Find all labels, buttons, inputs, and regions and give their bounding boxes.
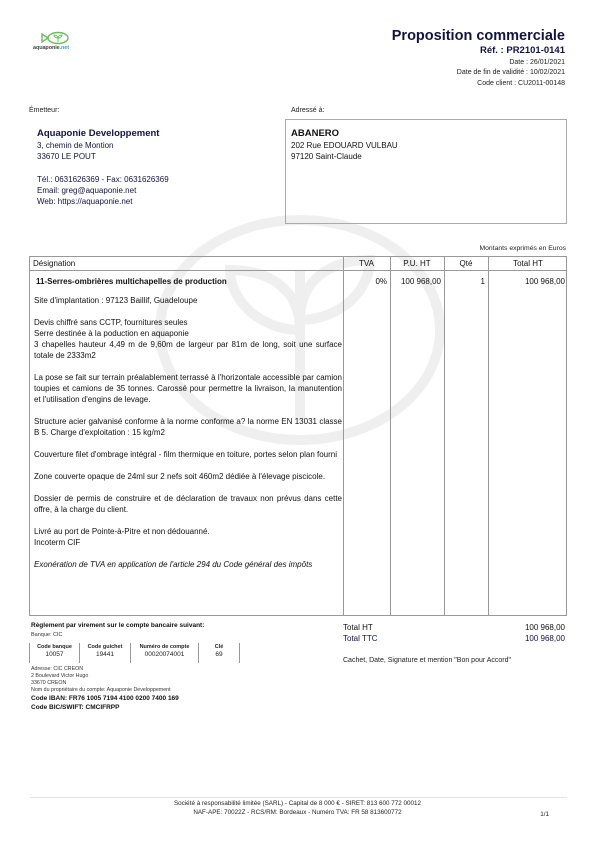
header-unit-price: P.U. HT xyxy=(390,259,444,268)
item-qty: 1 xyxy=(444,277,485,286)
header-qty: Qté xyxy=(444,259,488,268)
signature-note: Cachet, Date, Signature et mention "Bon … xyxy=(343,657,511,664)
recipient-label: Adressé à: xyxy=(291,107,324,114)
item-description-paragraph: Structure acier galvanisé conforme à la … xyxy=(34,416,342,438)
page-number: 1/1 xyxy=(540,811,549,818)
item-description-paragraph: La pose se fait sur terrain préalablemen… xyxy=(34,372,342,405)
account-owner: Nom du propriétaire du compte: Aquaponie… xyxy=(31,687,171,693)
validity-date: Date de fin de validité : 10/02/2021 xyxy=(457,69,565,76)
document-ref: Réf. : PR2101-0141 xyxy=(480,45,565,56)
client-code: Code client : CU2011-00148 xyxy=(477,80,565,87)
item-description-paragraph: Devis chiffré sans CCTP, fournitures seu… xyxy=(34,317,342,361)
bank-address-2: 2 Boulevard Victor Hugo xyxy=(31,673,88,679)
iban: Code IBAN: FR76 1005 7194 4100 0200 7400… xyxy=(31,695,179,702)
bank-address-1: Adresse: CIC CREON xyxy=(31,666,83,672)
branch-code-value: 19441 xyxy=(80,651,130,658)
item-description: Site d'implantation : 97123 Baillif, Gua… xyxy=(34,295,342,570)
item-title: 11-Serres-ombrières multichapelles de pr… xyxy=(36,276,342,287)
bank-address-3: 33670 CREON xyxy=(31,680,66,686)
total-ttc-label: Total TTC xyxy=(343,634,378,643)
payment-title: Règlement par virement sur le compte ban… xyxy=(31,622,204,629)
sender-phone: Tél.: 0631626369 - Fax: 0631626369 xyxy=(37,175,169,184)
item-unit-price: 100 968,00 xyxy=(390,277,441,286)
sender-address-1: 3, chemin de Montion xyxy=(37,141,114,150)
currency-note: Montants exprimés en Euros xyxy=(479,245,566,252)
item-description-paragraph: Exonération de TVA en application de l'a… xyxy=(34,559,342,570)
bic: Code BIC/SWIFT: CMCIFRPP xyxy=(31,704,119,711)
payment-bank: Banque: CIC xyxy=(31,632,63,638)
sender-website[interactable]: Web: https://aquaponie.net xyxy=(37,197,132,206)
fish-icon xyxy=(33,31,77,45)
item-description-paragraph: Dossier de permis de construire et de dé… xyxy=(34,493,342,515)
footer-legal-2: NAF-APE: 70022Z - RCS/RM: Bordeaux - Num… xyxy=(0,809,595,816)
total-ttc-value: 100 968,00 xyxy=(525,634,565,643)
company-logo: aquaponie.net xyxy=(33,31,77,53)
recipient-address-1: 202 Rue EDOUARD VULBAU xyxy=(291,141,398,150)
recipient-address-2: 97120 Saint-Claude xyxy=(291,152,362,161)
sender-address-2: 33670 LE POUT xyxy=(37,152,96,161)
branch-code-label: Code guichet xyxy=(80,644,130,650)
account-number-label: Numéro de compte xyxy=(131,644,198,650)
sender-name: Aquaponie Developpement xyxy=(37,128,159,139)
header-total: Total HT xyxy=(488,259,568,268)
line-items-table: Désignation TVA P.U. HT Qté Total HT 11-… xyxy=(29,256,567,616)
bank-code-value: 10057 xyxy=(30,651,79,658)
document-title: Proposition commerciale xyxy=(392,28,565,44)
item-total: 100 968,00 xyxy=(488,277,565,286)
logo-text: aquaponie.net xyxy=(33,45,69,51)
footer-divider xyxy=(30,797,567,798)
key-value: 69 xyxy=(199,651,239,658)
total-ht-label: Total HT xyxy=(343,623,373,632)
account-number-value: 00020074001 xyxy=(131,651,198,658)
item-vat: 0% xyxy=(343,277,387,286)
item-description-paragraph: Livré au port de Pointe-à-Pitre et non d… xyxy=(34,526,342,548)
total-ht-value: 100 968,00 xyxy=(525,623,565,632)
footer-legal-1: Société à responsabilité limitée (SARL) … xyxy=(0,800,595,807)
header-designation: Désignation xyxy=(33,259,75,268)
recipient-name: ABANERO xyxy=(291,128,339,139)
bank-code-label: Code banque xyxy=(30,644,79,650)
sender-email[interactable]: Email: greg@aquaponie.net xyxy=(37,186,136,195)
item-description-paragraph: Zone couverte opaque de 24ml sur 2 nefs … xyxy=(34,471,342,482)
header-vat: TVA xyxy=(343,259,390,268)
item-description-paragraph: Couverture filet d'ombrage intégral - fi… xyxy=(34,449,342,460)
document-date: Date : 26/01/2021 xyxy=(509,59,565,66)
key-label: Clé xyxy=(199,644,239,650)
table-row: 11-Serres-ombrières multichapelles de pr… xyxy=(34,276,342,581)
sender-label: Émetteur: xyxy=(29,107,59,114)
item-description-paragraph: Site d'implantation : 97123 Baillif, Gua… xyxy=(34,295,342,306)
